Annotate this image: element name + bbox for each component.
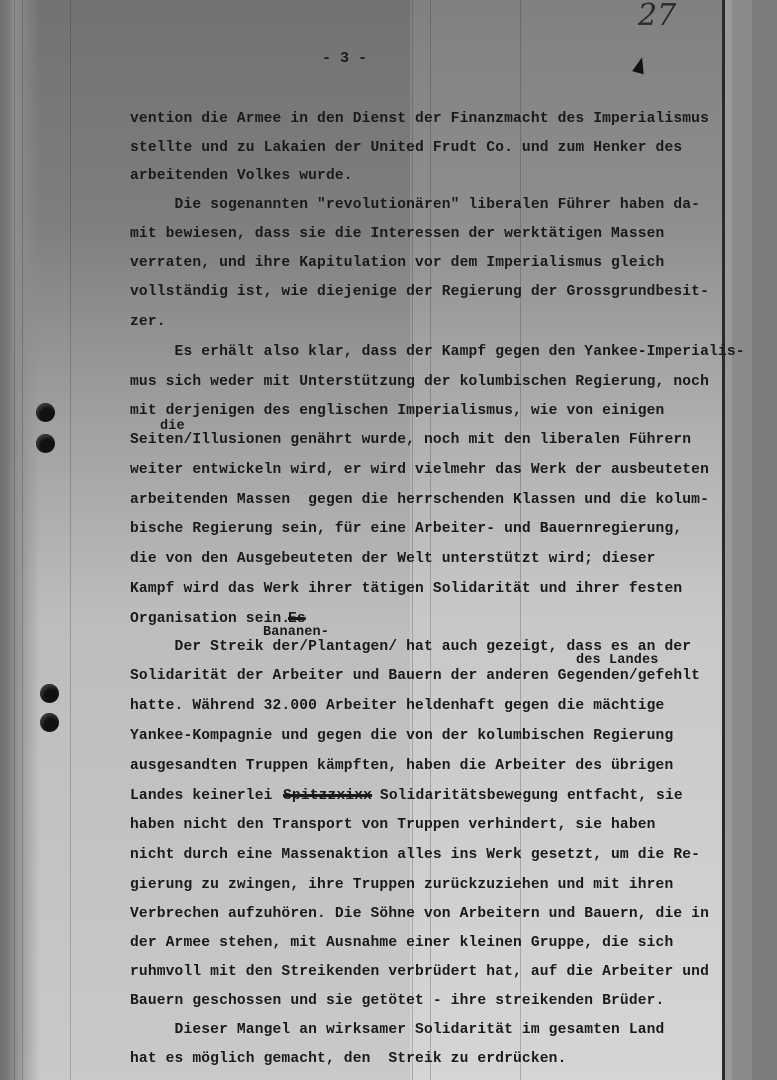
punch-hole (40, 684, 59, 703)
text-line: die von den Ausgebeuteten der Welt unter… (130, 550, 656, 568)
scanned-page: 27 - 3 - vention die Armee in den Dienst… (0, 0, 777, 1080)
text-line: ruhmvoll mit den Streikenden verbrüdert … (130, 963, 709, 981)
text-line: zer. (130, 313, 166, 331)
scan-line (70, 0, 71, 1080)
text-line: Bauern geschossen und sie getötet - ihre… (130, 992, 664, 1010)
text-line: vention die Armee in den Dienst der Fina… (130, 110, 709, 128)
text-line: vollständig ist, wie diejenige der Regie… (130, 283, 709, 301)
punch-hole (36, 434, 55, 453)
text-line: Landes keinerlei (130, 787, 273, 805)
text-line: haben nicht den Transport von Truppen ve… (130, 816, 656, 834)
text-line: der Armee stehen, mit Ausnahme einer kle… (130, 934, 673, 952)
text-line: Die sogenannten "revolutionären" liberal… (130, 196, 700, 214)
text-line: mit derjenigen des englischen Imperialis… (130, 402, 664, 420)
scan-line (14, 0, 15, 1080)
text-line: bische Regierung sein, für eine Arbeiter… (130, 520, 682, 538)
text-line: Yankee-Kompagnie und gegen die von der k… (130, 727, 673, 745)
text-line: Es erhält also klar, dass der Kampf gege… (130, 343, 745, 361)
punch-hole (36, 403, 55, 422)
text-line: arbeitenden Massen gegen die herrschende… (130, 491, 709, 509)
text-line: Kampf wird das Werk ihrer tätigen Solida… (130, 580, 682, 598)
text-line: gierung zu zwingen, ihre Truppen zurückz… (130, 876, 673, 894)
text-line: Dieser Mangel an wirksamer Solidarität i… (130, 1021, 664, 1039)
text-line: hat es möglich gemacht, den Streik zu er… (130, 1050, 566, 1068)
page-edge-strip (722, 0, 777, 1080)
handwritten-folio-number: 27 (638, 0, 676, 33)
text-line: weiter entwickeln wird, er wird vielmehr… (130, 461, 709, 479)
struck-text: Spitzzxixx (283, 787, 372, 805)
text-line-continuation: Solidaritätsbewegung entfacht, sie (371, 787, 683, 805)
text-line: stellte und zu Lakaien der United Frudt … (130, 139, 682, 157)
text-line: ausgesandten Truppen kämpften, haben die… (130, 757, 673, 775)
text-line: Solidarität der Arbeiter und Bauern der … (130, 667, 700, 685)
text-line: Verbrechen aufzuhören. Die Söhne von Arb… (130, 905, 709, 923)
ink-mark (632, 56, 648, 75)
punch-hole (40, 713, 59, 732)
text-line: mit bewiesen, dass sie die Interessen de… (130, 225, 664, 243)
text-line: nicht durch eine Massenaktion alles ins … (130, 846, 700, 864)
text-line: hatte. Während 32.000 Arbeiter heldenhaf… (130, 697, 664, 715)
text-line: Seiten/Illusionen genährt wurde, noch mi… (130, 431, 691, 449)
text-line: arbeitenden Volkes wurde. (130, 167, 353, 185)
text-line: verraten, und ihre Kapitulation vor dem … (130, 254, 664, 272)
page-number: - 3 - (322, 50, 367, 67)
text-line: mus sich weder mit Unterstützung der kol… (130, 373, 709, 391)
scan-line (22, 0, 23, 1080)
